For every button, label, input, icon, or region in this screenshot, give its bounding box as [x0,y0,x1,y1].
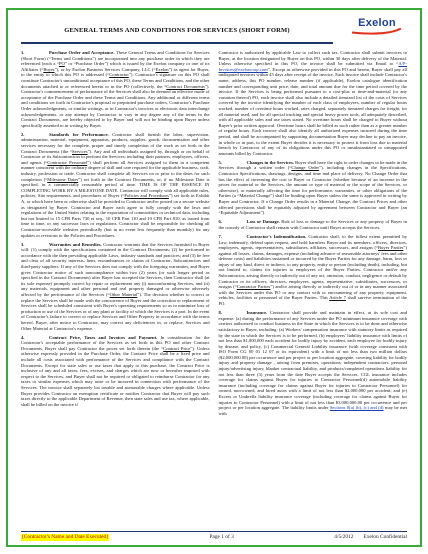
document-footer: [Contractor's Name and Date Executed] Pa… [21,531,407,541]
confidential-label: Exelon Confidential [363,534,407,541]
paragraph: 7.Contractor's Indemnification. Contract… [219,234,408,307]
paragraph: 8.Insurance. Contractor shall provide an… [219,310,408,416]
inline-link[interactable]: Sections 8(a) (b), (c) and (d) [330,405,384,410]
title-block: GENERAL TERMS AND CONDITIONS FOR SERVICE… [21,17,333,44]
paragraph: 5.Changes in the Services. Buyer shall h… [219,160,408,216]
document-body: 1.Purchase Order and Acceptance. These G… [21,50,407,529]
logo-swoosh-icon [351,28,403,35]
page-title: GENERAL TERMS AND CONDITIONS FOR SERVICE… [64,27,290,34]
right-column: Contractor is authorized by applicable L… [219,50,408,529]
contractor-signature-placeholder: [Contractor's Name and Date Executed] [21,534,109,541]
document-page: GENERAL TERMS AND CONDITIONS FOR SERVICE… [6,8,422,547]
left-column: 1.Purchase Order and Acceptance. These G… [21,50,210,529]
inline-link[interactable]: A/P-Invoices@exeloncorp.com [219,61,408,72]
paragraph: 4.Contract Price, Taxes and Invoices and… [21,335,210,408]
paragraph: 6.Loss or Damage. Risk of loss or damage… [219,219,408,230]
paragraph: Contractor is authorized by applicable L… [219,50,408,156]
footer-date: 4/5/2012 [334,534,353,541]
paragraph: 2.Standards for Performance. Contractor … [21,132,210,238]
paragraph: 1.Purchase Order and Acceptance. These G… [21,50,210,128]
exelon-logo-text: Exelon [347,18,407,28]
document-header: GENERAL TERMS AND CONDITIONS FOR SERVICE… [21,17,407,44]
page-number: Page 1 of 3 [109,534,334,541]
footer-right: 4/5/2012 Exelon Confidential [334,534,407,541]
exelon-logo: Exelon [347,17,407,35]
paragraph: 3.Warranties and Remedies. Contractor wa… [21,242,210,332]
